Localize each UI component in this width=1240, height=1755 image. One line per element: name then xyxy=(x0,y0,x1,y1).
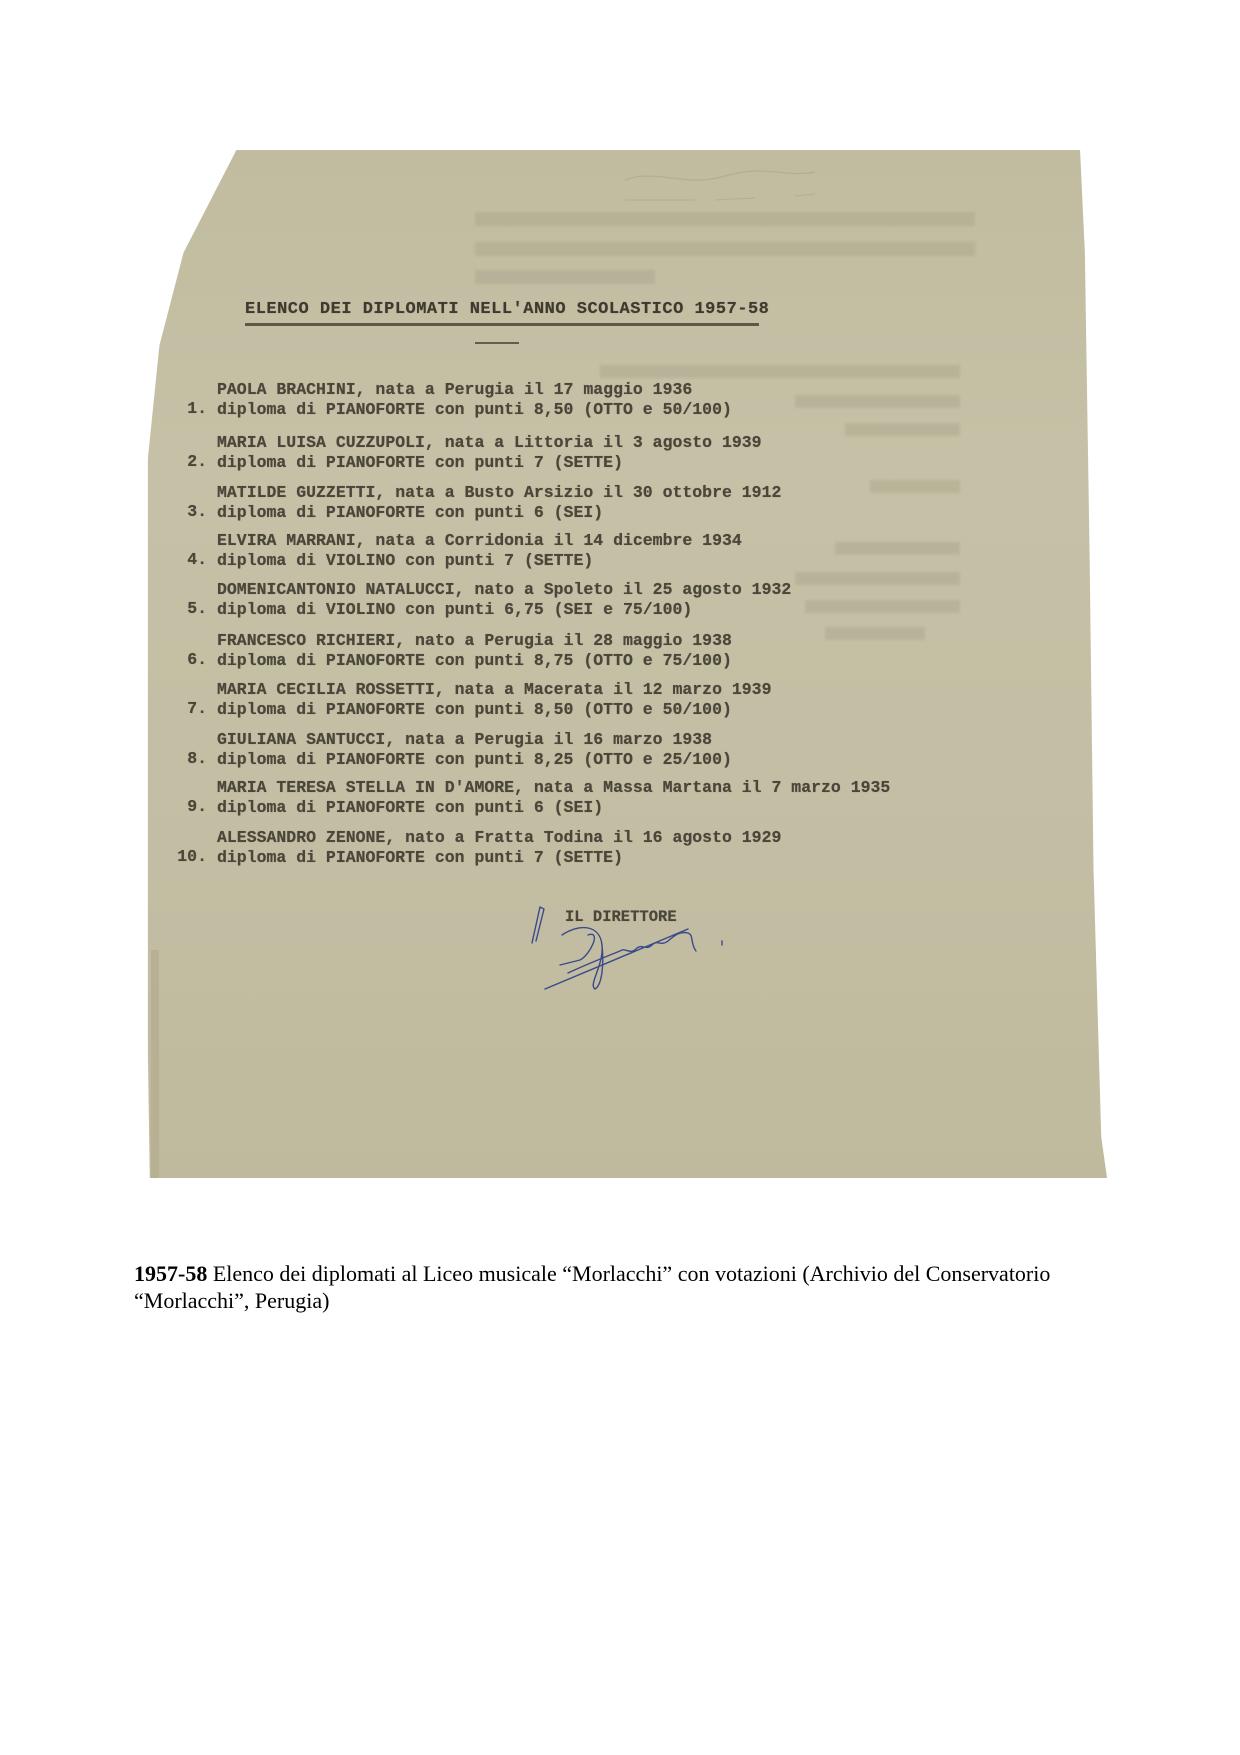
graduate-name-birth: DOMENICANTONIO NATALUCCI, nato a Spoleto… xyxy=(217,580,791,599)
signature-icon xyxy=(510,885,740,995)
list-item: 10. ALESSANDRO ZENONE, nato a Fratta Tod… xyxy=(177,828,256,923)
graduate-name-birth: MARIA TERESA STELLA IN D'AMORE, nata a M… xyxy=(217,778,890,797)
graduate-diploma: diploma di PIANOFORTE con punti 8,75 (OT… xyxy=(217,651,732,670)
graduate-diploma: diploma di PIANOFORTE con punti 6 (SEI) xyxy=(217,503,603,522)
graduate-diploma: diploma di PIANOFORTE con punti 8,50 (OT… xyxy=(217,400,732,419)
graduate-diploma: diploma di PIANOFORTE con punti 8,50 (OT… xyxy=(217,700,732,719)
graduate-name-birth: MARIA CECILIA ROSSETTI, nata a Macerata … xyxy=(217,680,772,699)
paper-sheet: ​ ELENCO DEI DIPLOMATI NELL'ANNO SCOLAST… xyxy=(145,150,1107,1178)
graduate-diploma: diploma di PIANOFORTE con punti 6 (SEI) xyxy=(217,798,603,817)
graduate-name-birth: PAOLA BRACHINI, nata a Perugia il 17 mag… xyxy=(217,380,692,399)
graduate-name-birth: MARIA LUISA CUZZUPOLI, nata a Littoria i… xyxy=(217,433,762,452)
graduate-diploma: diploma di PIANOFORTE con punti 7 (SETTE… xyxy=(217,848,623,867)
bleed-through-stamp xyxy=(615,158,875,208)
heading-underline xyxy=(245,323,759,326)
heading-divider xyxy=(475,342,519,344)
graduate-diploma: diploma di PIANOFORTE con punti 7 (SETTE… xyxy=(217,453,623,472)
graduate-name-birth: ELVIRA MARRANI, nata a Corridonia il 14 … xyxy=(217,531,742,550)
graduate-name-birth: MATILDE GUZZETTI, nata a Busto Arsizio i… xyxy=(217,483,781,502)
graduate-name-birth: GIULIANA SANTUCCI, nata a Perugia il 16 … xyxy=(217,730,712,749)
graduate-name-birth: FRANCESCO RICHIERI, nato a Perugia il 28… xyxy=(217,631,732,650)
graduate-diploma: diploma di VIOLINO con punti 6,75 (SEI e… xyxy=(217,600,692,619)
caption-year: 1957-58 xyxy=(134,1261,207,1286)
caption-text: Elenco dei diplomati al Liceo musicale “… xyxy=(134,1261,1050,1313)
document-heading: ELENCO DEI DIPLOMATI NELL'ANNO SCOLASTIC… xyxy=(245,300,769,319)
graduate-name-birth: ALESSANDRO ZENONE, nato a Fratta Todina … xyxy=(217,828,781,847)
graduate-diploma: diploma di PIANOFORTE con punti 8,25 (OT… xyxy=(217,750,732,769)
graduate-diploma: diploma di VIOLINO con punti 7 (SETTE) xyxy=(217,551,593,570)
figure-caption: 1957-58 Elenco dei diplomati al Liceo mu… xyxy=(134,1260,1114,1314)
document-photo: ​ ELENCO DEI DIPLOMATI NELL'ANNO SCOLAST… xyxy=(145,150,1107,1178)
